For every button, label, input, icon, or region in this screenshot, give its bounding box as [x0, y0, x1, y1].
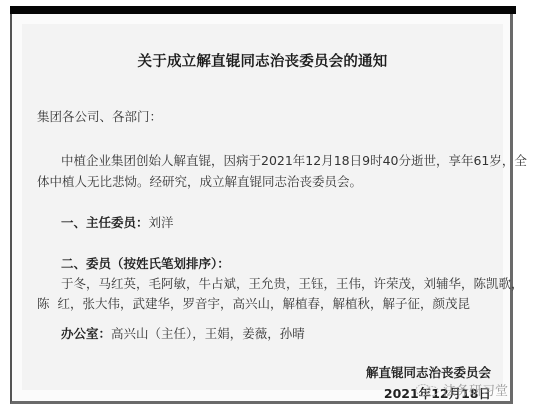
signature-org: 解直锟同志治丧委员会 [366, 363, 491, 381]
notice-panel: 关于成立解直锟同志治丧委员会的通知 集团各公司、各部门： 中植企业集团创始人解直… [22, 24, 503, 390]
body-line-2: 体中植人无比悲恸。经研究，成立解直锟同志治丧委员会。 [37, 172, 362, 190]
frame-top-bar [10, 6, 516, 14]
wechat-icon [415, 383, 441, 397]
notice-frame: 关于成立解直锟同志治丧委员会的通知 集团各公司、各部门： 中植企业集团创始人解直… [10, 6, 513, 404]
section-chief-commissioner: 一、主任委员：刘洋 [61, 213, 174, 231]
members-heading: 二、委员（按姓氏笔划排序）： [61, 254, 230, 272]
members-line-2: 陈 红，张大伟，武建华，罗音宇，高兴山，解植春，解植秋，解子征，颜茂昆 [37, 294, 470, 312]
notice-title: 关于成立解直锟同志治丧委员会的通知 [22, 50, 503, 71]
body-line-1: 中植企业集团创始人解直锟，因病于2021年12月18日9时40分逝世，享年61岁… [61, 151, 527, 169]
salutation: 集团各公司、各部门： [37, 107, 162, 125]
office-value: 高兴山（主任），王娟，姜薇，孙晴 [111, 326, 305, 341]
office-label: 办公室： [61, 326, 111, 341]
members-line-1: 于冬，马红英，毛阿敏，牛占斌，王允贵，王钰，王伟，许荣茂，刘辅华，陈凯歌， [61, 274, 524, 292]
chief-commissioner-label: 一、主任委员： [61, 215, 149, 230]
office-section: 办公室：高兴山（主任），王娟，姜薇，孙晴 [61, 324, 305, 342]
watermark-text: 法务研习堂 [443, 380, 508, 399]
chief-commissioner-value: 刘洋 [149, 215, 174, 230]
watermark: 法务研习堂 [415, 380, 508, 399]
